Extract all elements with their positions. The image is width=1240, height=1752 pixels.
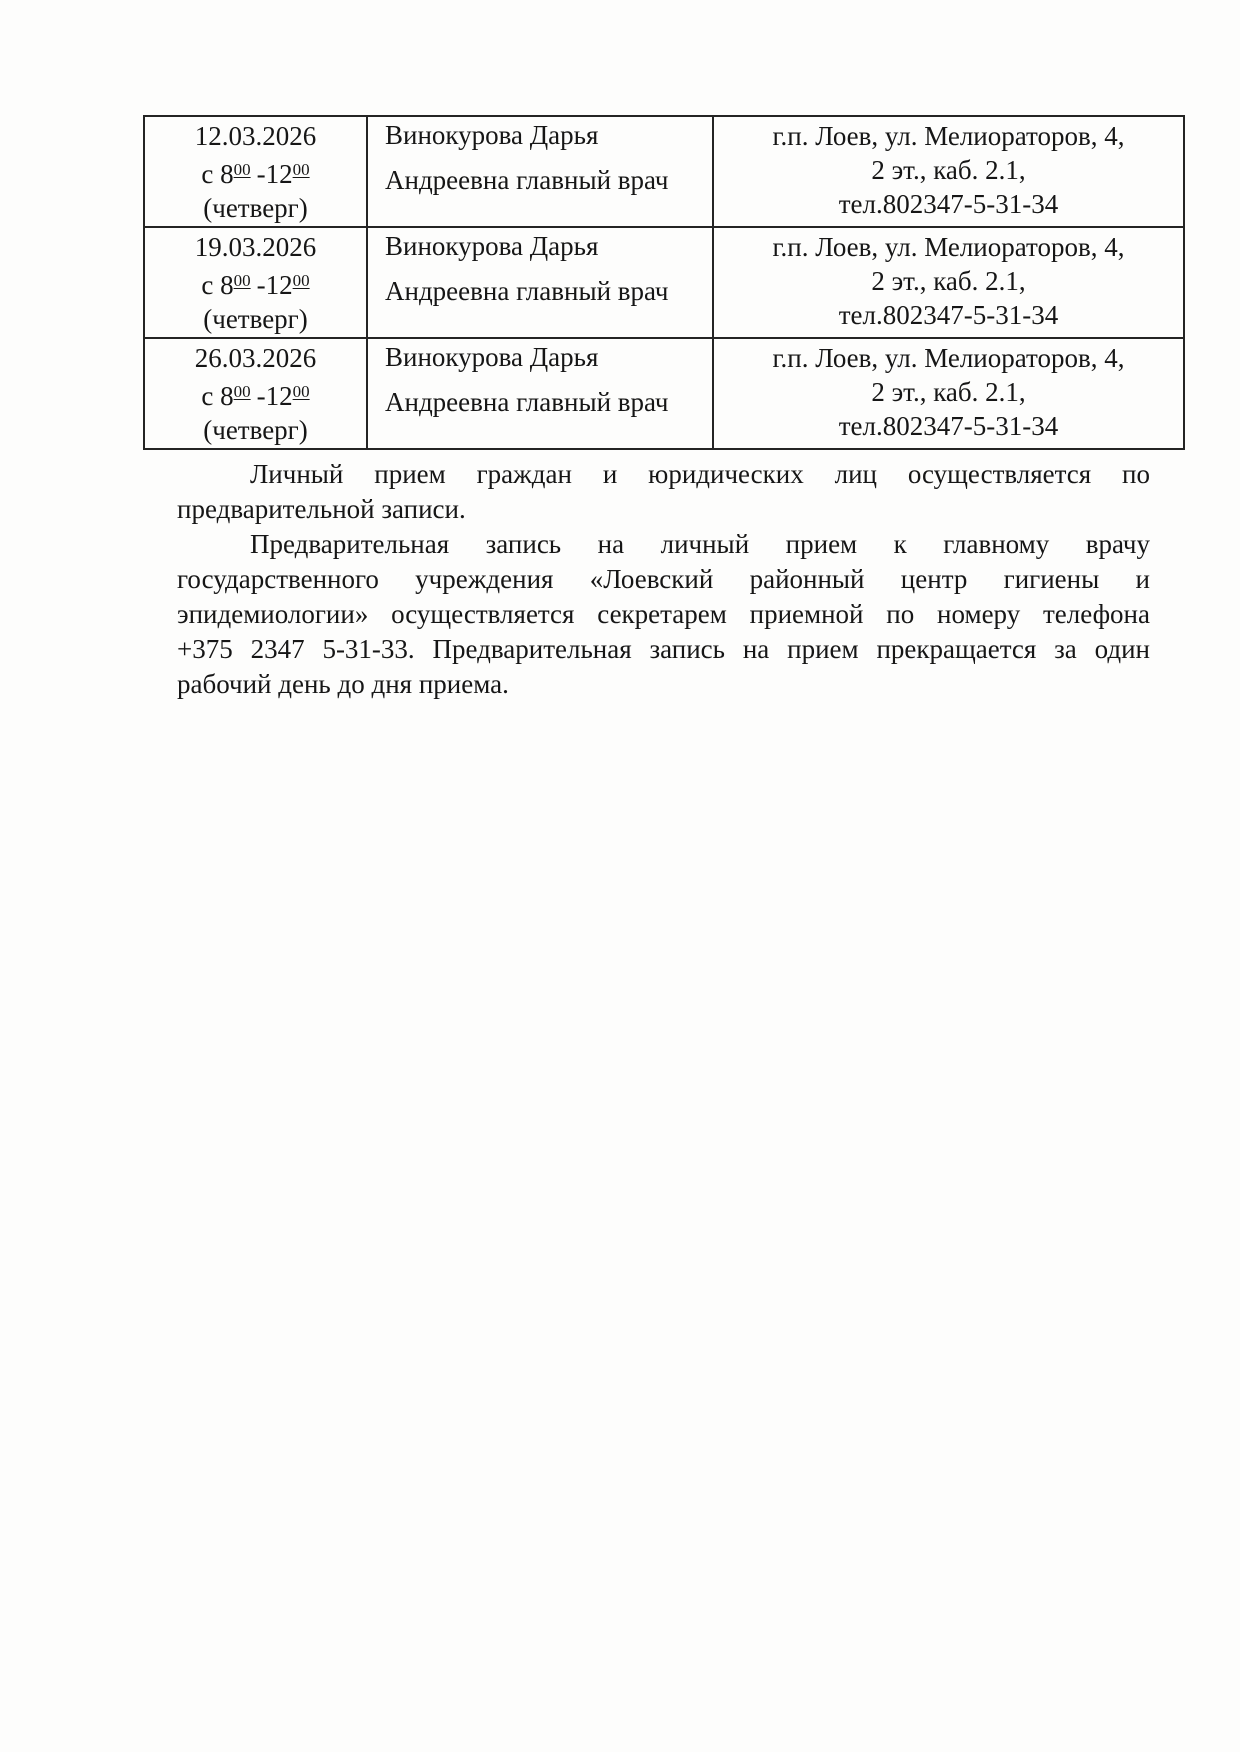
address-line: 2 эт., каб. 2.1, (715, 264, 1182, 298)
date-text: 12.03.2026 (146, 119, 365, 153)
time-mid: -12 (257, 270, 293, 300)
paragraph2-line2: государственного учреждения «Лоевский ра… (177, 562, 1150, 597)
time-text: с 800-1200 (146, 375, 365, 413)
time-superscript: 00 (234, 382, 251, 401)
paragraph2-line1: Предварительная запись на личный прием к… (177, 527, 1150, 562)
time-text: с 800-1200 (146, 153, 365, 191)
address-phone-line: тел.802347-5-31-34 (715, 298, 1182, 332)
time-superscript: 00 (234, 271, 251, 290)
address-phone-line: тел.802347-5-31-34 (715, 409, 1182, 443)
address-line: г.п. Лоев, ул. Мелиораторов, 4, (715, 341, 1182, 375)
time-text: с 800-1200 (146, 264, 365, 302)
paragraph2-line5: рабочий день до дня приема. (177, 667, 1150, 702)
person-cell: Винокурова Дарья Андреевна главный врач (367, 227, 713, 338)
person-name-line: Винокурова Дарья (385, 113, 706, 158)
address-line: 2 эт., каб. 2.1, (715, 153, 1182, 187)
person-name-line: Андреевна главный врач (385, 269, 706, 314)
address-line: г.п. Лоев, ул. Мелиораторов, 4, (715, 230, 1182, 264)
date-text: 26.03.2026 (146, 341, 365, 375)
time-mid: -12 (257, 381, 293, 411)
date-cell: 12.03.2026 с 800-1200 (четверг) (144, 116, 367, 227)
time-superscript: 00 (293, 160, 310, 179)
time-prefix: с 8 (201, 381, 233, 411)
weekday-text: (четверг) (146, 413, 365, 447)
paragraph2-line4: +375 2347 5-31-33. Предварительная запис… (177, 632, 1150, 667)
person-name-line: Андреевна главный врач (385, 158, 706, 203)
address-line: г.п. Лоев, ул. Мелиораторов, 4, (715, 119, 1182, 153)
table-row: 26.03.2026 с 800-1200 (четверг) Винокуро… (144, 338, 1184, 449)
body-text: Личный прием граждан и юридических лиц о… (177, 457, 1150, 702)
table-row: 19.03.2026 с 800-1200 (четверг) Винокуро… (144, 227, 1184, 338)
person-name-line: Андреевна главный врач (385, 380, 706, 425)
person-name-line: Винокурова Дарья (385, 224, 706, 269)
time-mid: -12 (257, 159, 293, 189)
address-cell: г.п. Лоев, ул. Мелиораторов, 4, 2 эт., к… (713, 227, 1184, 338)
person-name-line: Винокурова Дарья (385, 335, 706, 380)
time-superscript: 00 (293, 271, 310, 290)
time-prefix: с 8 (201, 270, 233, 300)
reception-schedule-table: 12.03.2026 с 800-1200 (четверг) Винокуро… (143, 115, 1185, 450)
paragraph1-line1: Личный прием граждан и юридических лиц о… (177, 457, 1150, 492)
person-cell: Винокурова Дарья Андреевна главный врач (367, 116, 713, 227)
table-row: 12.03.2026 с 800-1200 (четверг) Винокуро… (144, 116, 1184, 227)
address-cell: г.п. Лоев, ул. Мелиораторов, 4, 2 эт., к… (713, 338, 1184, 449)
document-page: 12.03.2026 с 800-1200 (четверг) Винокуро… (0, 0, 1240, 1752)
paragraph1-line2: предварительной записи. (177, 492, 1150, 527)
address-cell: г.п. Лоев, ул. Мелиораторов, 4, 2 эт., к… (713, 116, 1184, 227)
address-phone-line: тел.802347-5-31-34 (715, 187, 1182, 221)
paragraph2-line3: эпидемиологии» осуществляется секретарем… (177, 597, 1150, 632)
time-prefix: с 8 (201, 159, 233, 189)
date-cell: 19.03.2026 с 800-1200 (четверг) (144, 227, 367, 338)
date-text: 19.03.2026 (146, 230, 365, 264)
time-superscript: 00 (293, 382, 310, 401)
date-cell: 26.03.2026 с 800-1200 (четверг) (144, 338, 367, 449)
person-cell: Винокурова Дарья Андреевна главный врач (367, 338, 713, 449)
address-line: 2 эт., каб. 2.1, (715, 375, 1182, 409)
time-superscript: 00 (234, 160, 251, 179)
weekday-text: (четверг) (146, 302, 365, 336)
weekday-text: (четверг) (146, 191, 365, 225)
